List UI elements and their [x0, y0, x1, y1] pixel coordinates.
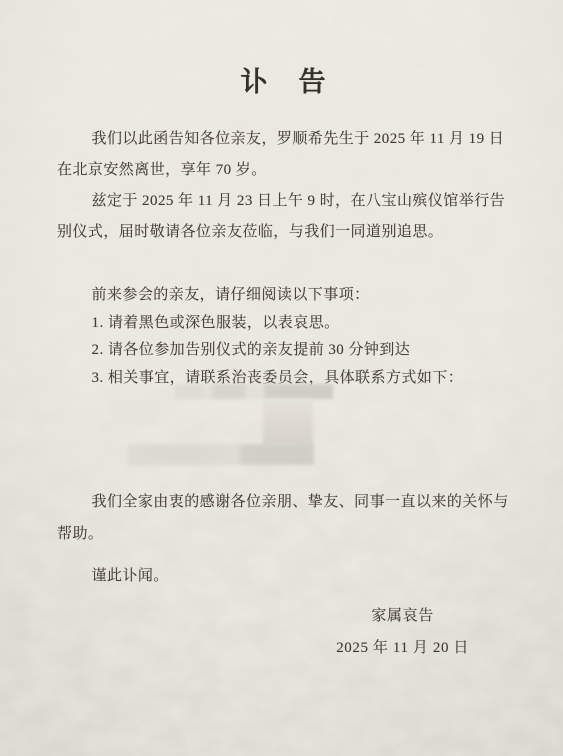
redaction-bar-2	[110, 400, 157, 425]
notice-item-arrival-time: 2. 请各位参加告别仪式的亲友提前 30 分钟到达	[57, 337, 509, 365]
paragraph-announcement: 我们以此函告知各位亲友，罗顺希先生于 2025 年 11 月 19 日在北京安然…	[57, 124, 509, 186]
signature-block: 家属哀告 2025 年 11 月 20 日	[336, 600, 469, 664]
paragraph-ceremony: 兹定于 2025 年 11 月 23 日上午 9 时，在八宝山殡仪馆举行告别仪式…	[57, 186, 509, 248]
signature-family: 家属哀告	[336, 600, 469, 632]
notice-intro: 前来参会的亲友，请仔细阅读以下事项：	[57, 282, 509, 310]
notice-section: 前来参会的亲友，请仔细阅读以下事项： 1. 请着黑色或深色服装，以表哀思。 2.…	[57, 282, 509, 392]
obituary-document-page: 讣 告 我们以此函告知各位亲友，罗顺希先生于 2025 年 11 月 19 日在…	[0, 0, 563, 756]
notice-item-dress-code: 1. 请着黑色或深色服装，以表哀思。	[57, 310, 509, 338]
page-title: 讣 告	[57, 0, 509, 100]
redaction-bar-1	[175, 384, 333, 399]
paragraph-thanks: 我们全家由衷的感谢各位亲朋、挚友、同事一直以来的关怀与帮助。	[57, 486, 509, 550]
document-body: 讣 告 我们以此函告知各位亲友，罗顺希先生于 2025 年 11 月 19 日在…	[0, 0, 563, 756]
redaction-bar-4	[128, 444, 314, 465]
signature-date: 2025 年 11 月 20 日	[336, 632, 469, 664]
redacted-contact-info	[57, 384, 509, 474]
closing-line: 谨此讣闻。	[57, 563, 509, 590]
redaction-bar-3	[263, 399, 313, 445]
